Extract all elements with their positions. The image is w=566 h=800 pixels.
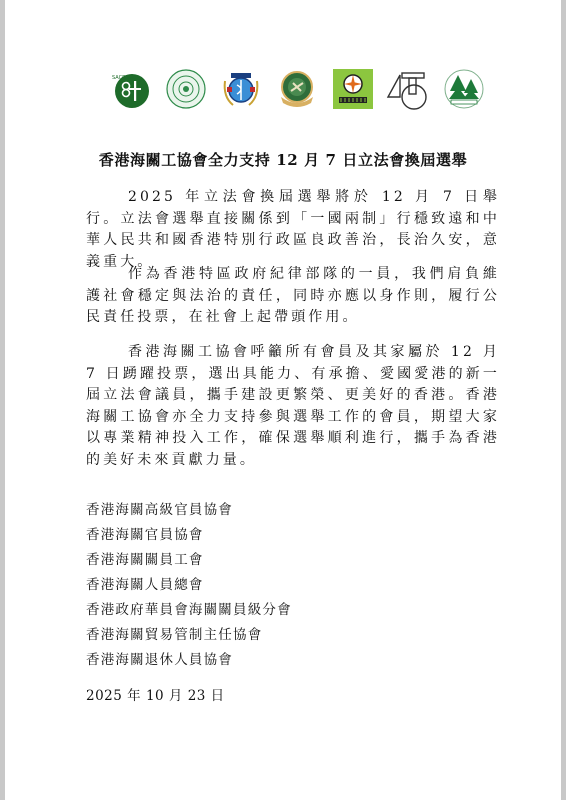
pine-trees-icon xyxy=(442,67,486,111)
paragraph-election-date: 2025 年立法會換屆選舉將於 12 月 7 日舉行。立法會選舉直接關係到「一國… xyxy=(86,187,500,273)
paragraph-disciplined-services: 作為香港特區政府紀律部隊的一員，我們肩負維護社會穩定與法治的責任，同時亦應以身作… xyxy=(86,264,500,329)
blue-shield-icon xyxy=(219,67,263,111)
signatory-item: 香港海關高級官員協會 xyxy=(86,498,292,523)
customs-general-association-logo xyxy=(275,67,319,111)
signatory-item: 香港政府華員會海關關員級分會 xyxy=(86,598,292,623)
green-key-cross-icon: SACESSO xyxy=(108,67,152,111)
retired-staff-association-logo xyxy=(442,67,486,111)
signatory-item: 香港海關關員工會 xyxy=(86,548,292,573)
customs-superior-officers-logo: SACESSO xyxy=(108,67,152,111)
signatory-item: 香港海關官員協會 xyxy=(86,523,292,548)
signatory-item: 香港海關貿易管制主任協會 xyxy=(86,623,292,648)
signatory-organizations: 香港海關高級官員協會 香港海關官員協會 香港海關關員工會 香港海關人員總會 香港… xyxy=(86,498,292,673)
signatory-item: 香港海關人員總會 xyxy=(86,573,292,598)
green-gold-badge-icon xyxy=(275,67,319,111)
customs-officers-association-logo xyxy=(164,67,208,111)
chinese-civil-servants-customs-branch-logo xyxy=(331,67,375,111)
paragraph-call-to-vote: 香港海關工協會呼籲所有會員及其家屬於 12 月 7 日踴躍投票，選出具能力、有承… xyxy=(86,342,500,471)
logo-row: SACESSO xyxy=(108,66,486,112)
document-page: SACESSO xyxy=(5,0,561,800)
page-title: 香港海關工協會全力支持 12 月 7 日立法會換屆選舉 xyxy=(5,149,561,170)
svg-text:SACESSO: SACESSO xyxy=(112,75,136,81)
issue-date: 2025 年 10 月 23 日 xyxy=(86,684,225,704)
customs-staff-union-logo xyxy=(219,67,263,111)
triangle-t-circle-icon xyxy=(386,67,430,111)
compass-square-icon xyxy=(331,67,375,111)
signatory-item: 香港海關退休人員協會 xyxy=(86,648,292,673)
green-seal-icon xyxy=(164,67,208,111)
trade-controls-supervisors-logo xyxy=(386,67,430,111)
